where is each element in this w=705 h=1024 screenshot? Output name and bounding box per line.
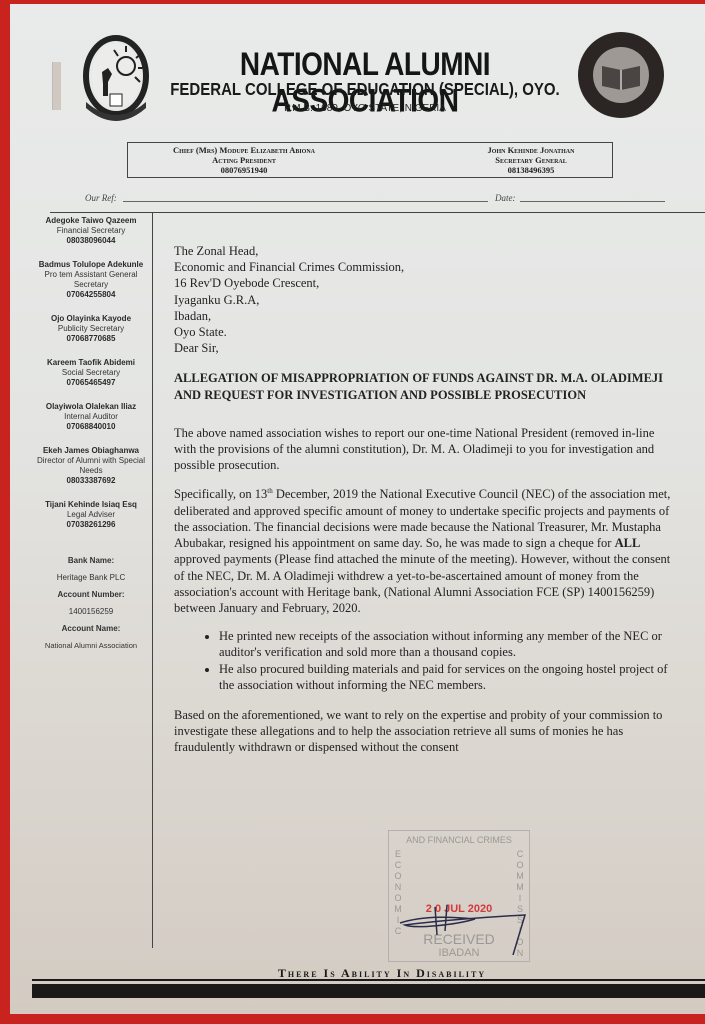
text-run: Specifically, on 13: [174, 488, 267, 502]
sidebar-member: Badmus Tolulope Adekunle Pro tem Assista…: [30, 260, 152, 300]
member-role: Financial Secretary: [30, 226, 152, 236]
our-ref-line: [123, 201, 488, 202]
our-ref-label: Our Ref:: [85, 193, 117, 203]
officer-phone: 08076951940: [134, 165, 354, 175]
bank-name: Heritage Bank PLC: [30, 573, 152, 583]
header-divider: [50, 212, 705, 213]
member-name: Adegoke Taiwo Qazeem: [30, 216, 152, 226]
member-name: Ojo Olayinka Kayode: [30, 314, 152, 324]
paper-tab-mark: [52, 62, 61, 110]
footer-rule-thick: [32, 984, 705, 998]
allegations-list: He printed new receipts of the associati…: [174, 628, 674, 693]
paragraph-intro: The above named association wishes to re…: [174, 425, 674, 474]
officers-box: Chief (Mrs) Modupe Elizabeth Abiona Acti…: [127, 142, 613, 178]
member-phone: 07038261296: [30, 520, 152, 530]
member-phone: 08033387692: [30, 476, 152, 486]
paragraph-request: Based on the aforementioned, we want to …: [174, 707, 674, 756]
member-name: Ekeh James Obiaghanwa: [30, 446, 152, 456]
executive-sidebar: Adegoke Taiwo Qazeem Financial Secretary…: [30, 216, 152, 658]
sidebar-member: Kareem Taofik Abidemi Social Secretary 0…: [30, 358, 152, 388]
officer-name: Chief (Mrs) Modupe Elizabeth Abiona: [134, 145, 354, 155]
allegation-item: He also procured building materials and …: [219, 661, 674, 693]
member-role: Pro tem Assistant General Secretary: [30, 270, 152, 290]
sidebar-divider: [152, 212, 153, 948]
association-seal-logo-icon: [576, 30, 666, 120]
signature-icon: [395, 895, 535, 955]
member-role: Social Secretary: [30, 368, 152, 378]
postal-address: P.M.B. 1089, OYO STATE, NIGERIA: [160, 103, 570, 114]
recipient-address: The Zonal Head, Economic and Financial C…: [174, 243, 674, 356]
officer-phone: 08138496395: [456, 165, 606, 175]
officer-president: Chief (Mrs) Modupe Elizabeth Abiona Acti…: [134, 145, 354, 175]
officer-role: Secretary General: [456, 155, 606, 165]
text-run: approved payments (Please find attached …: [174, 552, 670, 615]
letter-body: The Zonal Head, Economic and Financial C…: [174, 243, 674, 756]
member-phone: 08038096044: [30, 236, 152, 246]
address-line: Ibadan,: [174, 308, 674, 324]
sidebar-member: Olayiwola Olalekan Iliaz Internal Audito…: [30, 402, 152, 432]
address-line: Economic and Financial Crimes Commission…: [174, 259, 674, 275]
stamp-top-text: AND FINANCIAL CRIMES: [389, 835, 529, 845]
member-name: Badmus Tolulope Adekunle: [30, 260, 152, 270]
member-role: Director of Alumni with Special Needs: [30, 456, 152, 476]
allegation-item: He printed new receipts of the associati…: [219, 628, 674, 660]
sidebar-member: Ojo Olayinka Kayode Publicity Secretary …: [30, 314, 152, 344]
letter-subject: ALLEGATION OF MISAPPROPRIATION OF FUNDS …: [174, 370, 674, 402]
date-label: Date:: [495, 193, 516, 203]
account-number: 1400156259: [30, 607, 152, 617]
member-role: Publicity Secretary: [30, 324, 152, 334]
member-role: Internal Auditor: [30, 412, 152, 422]
salutation: Dear Sir,: [174, 340, 674, 356]
account-name-label: Account Name:: [30, 624, 152, 634]
member-phone: 07065465497: [30, 378, 152, 388]
bank-details: Bank Name: Heritage Bank PLC Account Num…: [30, 556, 152, 651]
paragraph-details: Specifically, on 13th December, 2019 the…: [174, 483, 674, 616]
member-role: Legal Adviser: [30, 510, 152, 520]
officer-secretary-general: John Kehinde Jonathan Secretary General …: [456, 145, 606, 175]
date-line: [520, 201, 665, 202]
college-subtitle: FEDERAL COLLEGE OF EDUCATION (SPECIAL), …: [160, 80, 570, 100]
footer-rule-thin: [32, 979, 705, 981]
member-name: Olayiwola Olalekan Iliaz: [30, 402, 152, 412]
officer-role: Acting President: [134, 155, 354, 165]
officer-name: John Kehinde Jonathan: [456, 145, 606, 155]
address-line: The Zonal Head,: [174, 243, 674, 259]
account-name: National Alumni Association: [30, 641, 152, 651]
member-name: Kareem Taofik Abidemi: [30, 358, 152, 368]
account-number-label: Account Number:: [30, 590, 152, 600]
member-phone: 07064255804: [30, 290, 152, 300]
emphasis-all: ALL: [615, 536, 641, 550]
bank-name-label: Bank Name:: [30, 556, 152, 566]
address-line: Iyaganku G.R.A,: [174, 292, 674, 308]
sidebar-member: Tijani Kehinde Isiaq Esq Legal Adviser 0…: [30, 500, 152, 530]
member-phone: 07068840010: [30, 422, 152, 432]
college-crest-logo-icon: [80, 32, 152, 128]
address-line: Oyo State.: [174, 324, 674, 340]
sidebar-member: Adegoke Taiwo Qazeem Financial Secretary…: [30, 216, 152, 246]
sidebar-member: Ekeh James Obiaghanwa Director of Alumni…: [30, 446, 152, 486]
member-name: Tijani Kehinde Isiaq Esq: [30, 500, 152, 510]
address-line: 16 Rev'D Oyebode Crescent,: [174, 275, 674, 291]
member-phone: 07068770685: [30, 334, 152, 344]
